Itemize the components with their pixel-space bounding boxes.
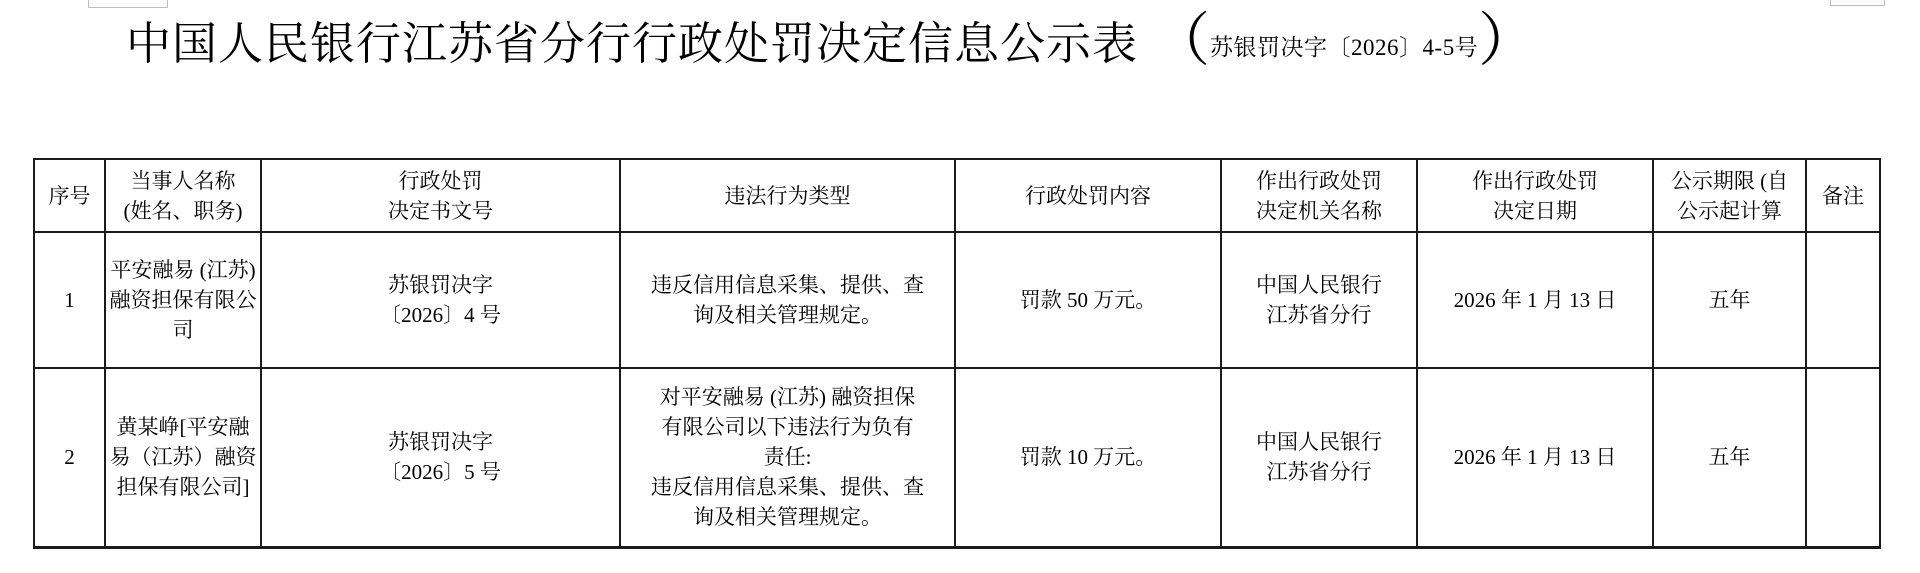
title-paren-open: （ — [1152, 12, 1210, 70]
table-row: 2 黄某峥[平安融 易（江苏）融资 担保有限公司] 苏银罚决字 〔2026〕5 … — [34, 368, 1880, 547]
col-header-authority-name: 作出行政处罚 决定机关名称 — [1221, 159, 1417, 232]
table-row: 1 平安融易 (江苏) 融资担保有限公 司 苏银罚决字 〔2026〕4 号 违反… — [34, 232, 1880, 368]
page-title-text: 中国人民银行江苏省分行行政处罚决定信息公示表 — [126, 7, 1138, 72]
cell-authority-name: 中国人民银行 江苏省分行 — [1221, 232, 1417, 368]
cell-violation-type: 违反信用信息采集、提供、查 询及相关管理规定。 — [620, 232, 955, 368]
cell-publicity-period: 五年 — [1653, 232, 1806, 368]
col-header-violation-type: 违法行为类型 — [620, 159, 955, 232]
col-header-penalty-content: 行政处罚内容 — [955, 159, 1221, 232]
title-paren-close: ） — [1478, 12, 1536, 70]
cell-party-name: 平安融易 (江苏) 融资担保有限公 司 — [105, 232, 261, 368]
title-document-number: 苏银罚决字〔2026〕4-5号 — [1210, 29, 1478, 62]
cell-index: 1 — [34, 232, 105, 368]
cell-remarks — [1806, 232, 1880, 368]
cell-remarks — [1806, 368, 1880, 547]
cell-decision-doc-no: 苏银罚决字 〔2026〕5 号 — [261, 368, 620, 547]
cell-publicity-period: 五年 — [1653, 368, 1806, 547]
col-header-party-name: 当事人名称 (姓名、职务) — [105, 159, 261, 232]
cell-decision-date: 2026 年 1 月 13 日 — [1417, 368, 1653, 547]
col-header-index: 序号 — [34, 159, 105, 232]
page-title: 中国人民银行江苏省分行行政处罚决定信息公示表 （ 苏银罚决字〔2026〕4-5号… — [126, 0, 1536, 78]
cell-decision-doc-no: 苏银罚决字 〔2026〕4 号 — [261, 232, 620, 368]
cell-penalty-content: 罚款 10 万元。 — [955, 368, 1221, 547]
cell-violation-type: 对平安融易 (江苏) 融资担保 有限公司以下违法行为负有 责任: 违反信用信息采… — [620, 368, 955, 547]
cell-decision-date: 2026 年 1 月 13 日 — [1417, 232, 1653, 368]
col-header-decision-doc-no: 行政处罚 决定书文号 — [261, 159, 620, 232]
document-page: 中国人民银行江苏省分行行政处罚决定信息公示表 （ 苏银罚决字〔2026〕4-5号… — [0, 0, 1920, 573]
col-header-decision-date: 作出行政处罚 决定日期 — [1417, 159, 1653, 232]
cropped-ui-artifact-right — [1830, 0, 1885, 6]
col-header-remarks: 备注 — [1806, 159, 1880, 232]
cell-party-name: 黄某峥[平安融 易（江苏）融资 担保有限公司] — [105, 368, 261, 547]
col-header-publicity-period: 公示期限 (自 公示起计算 — [1653, 159, 1806, 232]
table-header-row: 序号 当事人名称 (姓名、职务) 行政处罚 决定书文号 违法行为类型 行政处罚内… — [34, 159, 1880, 232]
cell-index: 2 — [34, 368, 105, 547]
cell-authority-name: 中国人民银行 江苏省分行 — [1221, 368, 1417, 547]
penalty-decision-table: 序号 当事人名称 (姓名、职务) 行政处罚 决定书文号 违法行为类型 行政处罚内… — [33, 158, 1881, 549]
cell-penalty-content: 罚款 50 万元。 — [955, 232, 1221, 368]
